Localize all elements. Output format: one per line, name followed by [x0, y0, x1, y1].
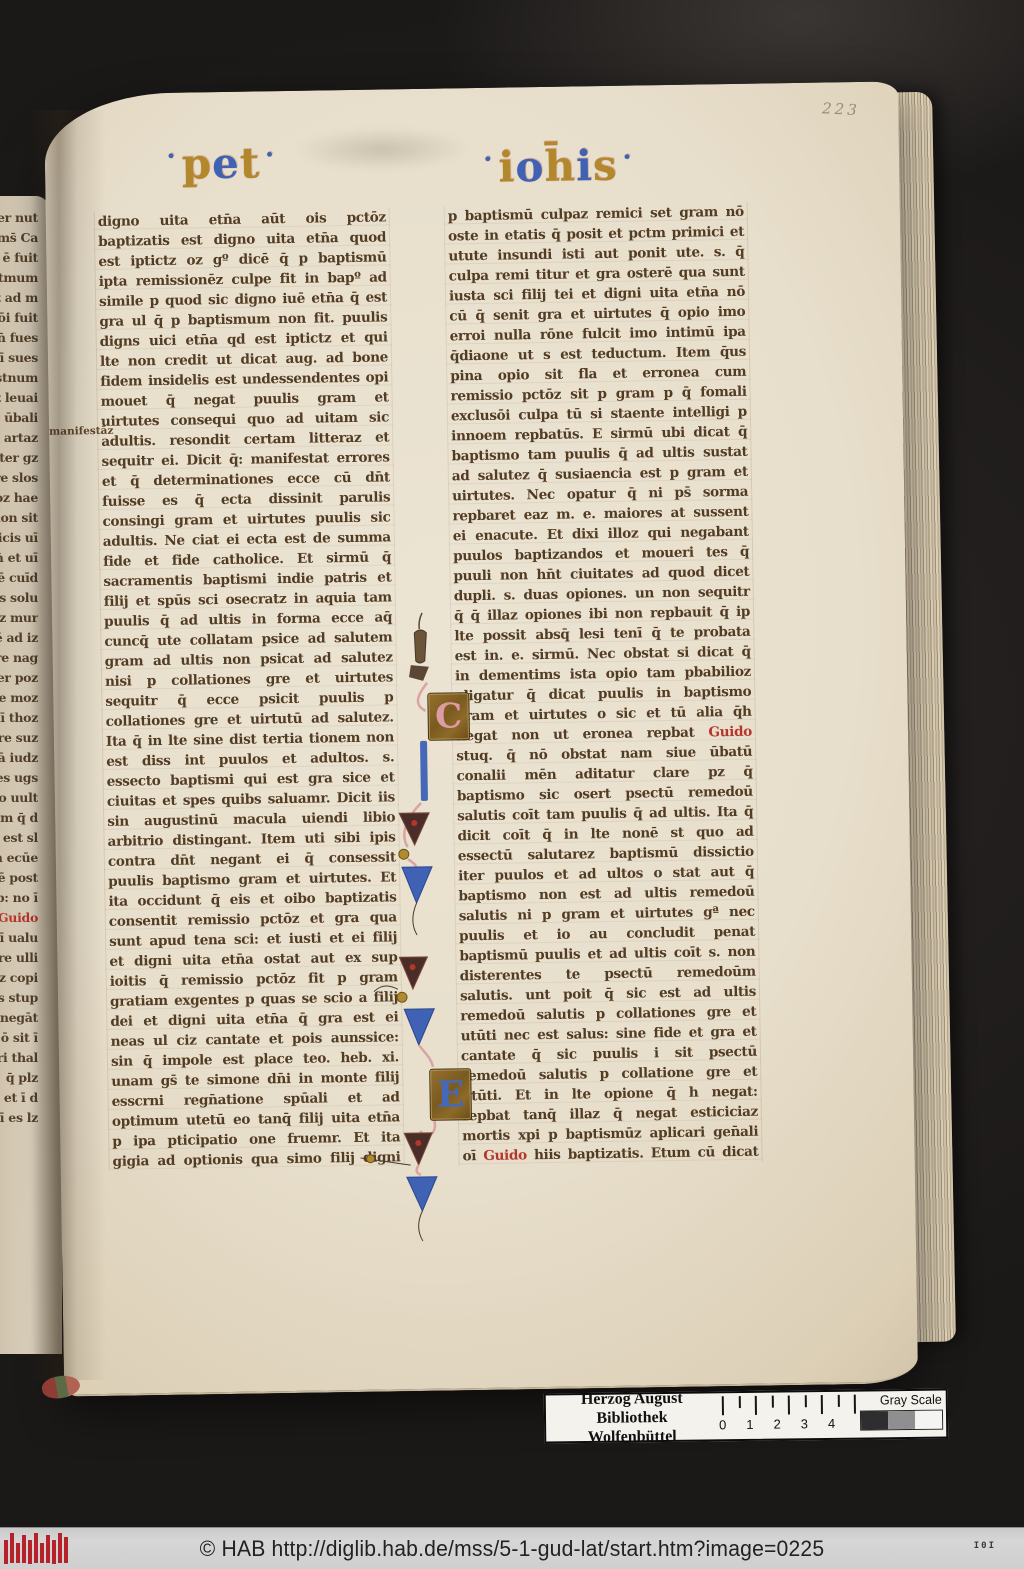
running-title-left: ·pet· [140, 133, 301, 188]
title-dot: · [161, 142, 182, 172]
institution-line2: Wolfenbüttel [546, 1426, 718, 1447]
title-dot: · [617, 142, 638, 172]
folio-number: 223 [822, 99, 861, 119]
gray-scale-patches [860, 1410, 943, 1431]
institution-name: Herzog August Bibliothek Wolfenbüttel [546, 1393, 719, 1441]
scale-ruler: 01234 [718, 1392, 855, 1440]
running-title-left-letters: pet [181, 138, 260, 188]
reference-label: Herzog August Bibliothek Wolfenbüttel 01… [544, 1389, 949, 1444]
show-through-smudge [294, 126, 470, 173]
digitization-footer: © HAB http://diglib.hab.de/mss/5-1-gud-l… [0, 1527, 1024, 1569]
film-edge-mark: I0I [974, 1541, 996, 1551]
running-title-right: ·ioh̄is· [473, 135, 644, 190]
ruler-numbers: 01234 [718, 1416, 854, 1433]
initial-descender-bar [420, 741, 428, 801]
running-title-right-letters: ioh̄is [498, 141, 618, 192]
copyright-url: © HAB http://diglib.hab.de/mss/5-1-gud-l… [20, 1528, 1003, 1569]
gray-scale-label: Gray Scale [880, 1392, 942, 1407]
illuminated-initial-c: C [427, 692, 470, 741]
manuscript-photograph: er nutms̄ Caē fuitstmumqz ad mōi fuitn̄ … [0, 0, 1024, 1569]
illuminated-initial-e: E [429, 1068, 472, 1121]
institution-line1: Herzog August Bibliothek [546, 1388, 718, 1428]
facing-page-text-fragments: er nutms̄ Caē fuitstmumqz ad mōi fuitn̄ … [0, 208, 38, 1128]
title-dot: · [260, 140, 281, 170]
gray-scale-target: Gray Scale [854, 1391, 947, 1438]
ruler-ticks [722, 1394, 871, 1415]
manuscript-page: 223 ·pet· ·ioh̄is· manifestāz digno uita… [44, 81, 918, 1396]
title-dot: · [478, 145, 499, 175]
